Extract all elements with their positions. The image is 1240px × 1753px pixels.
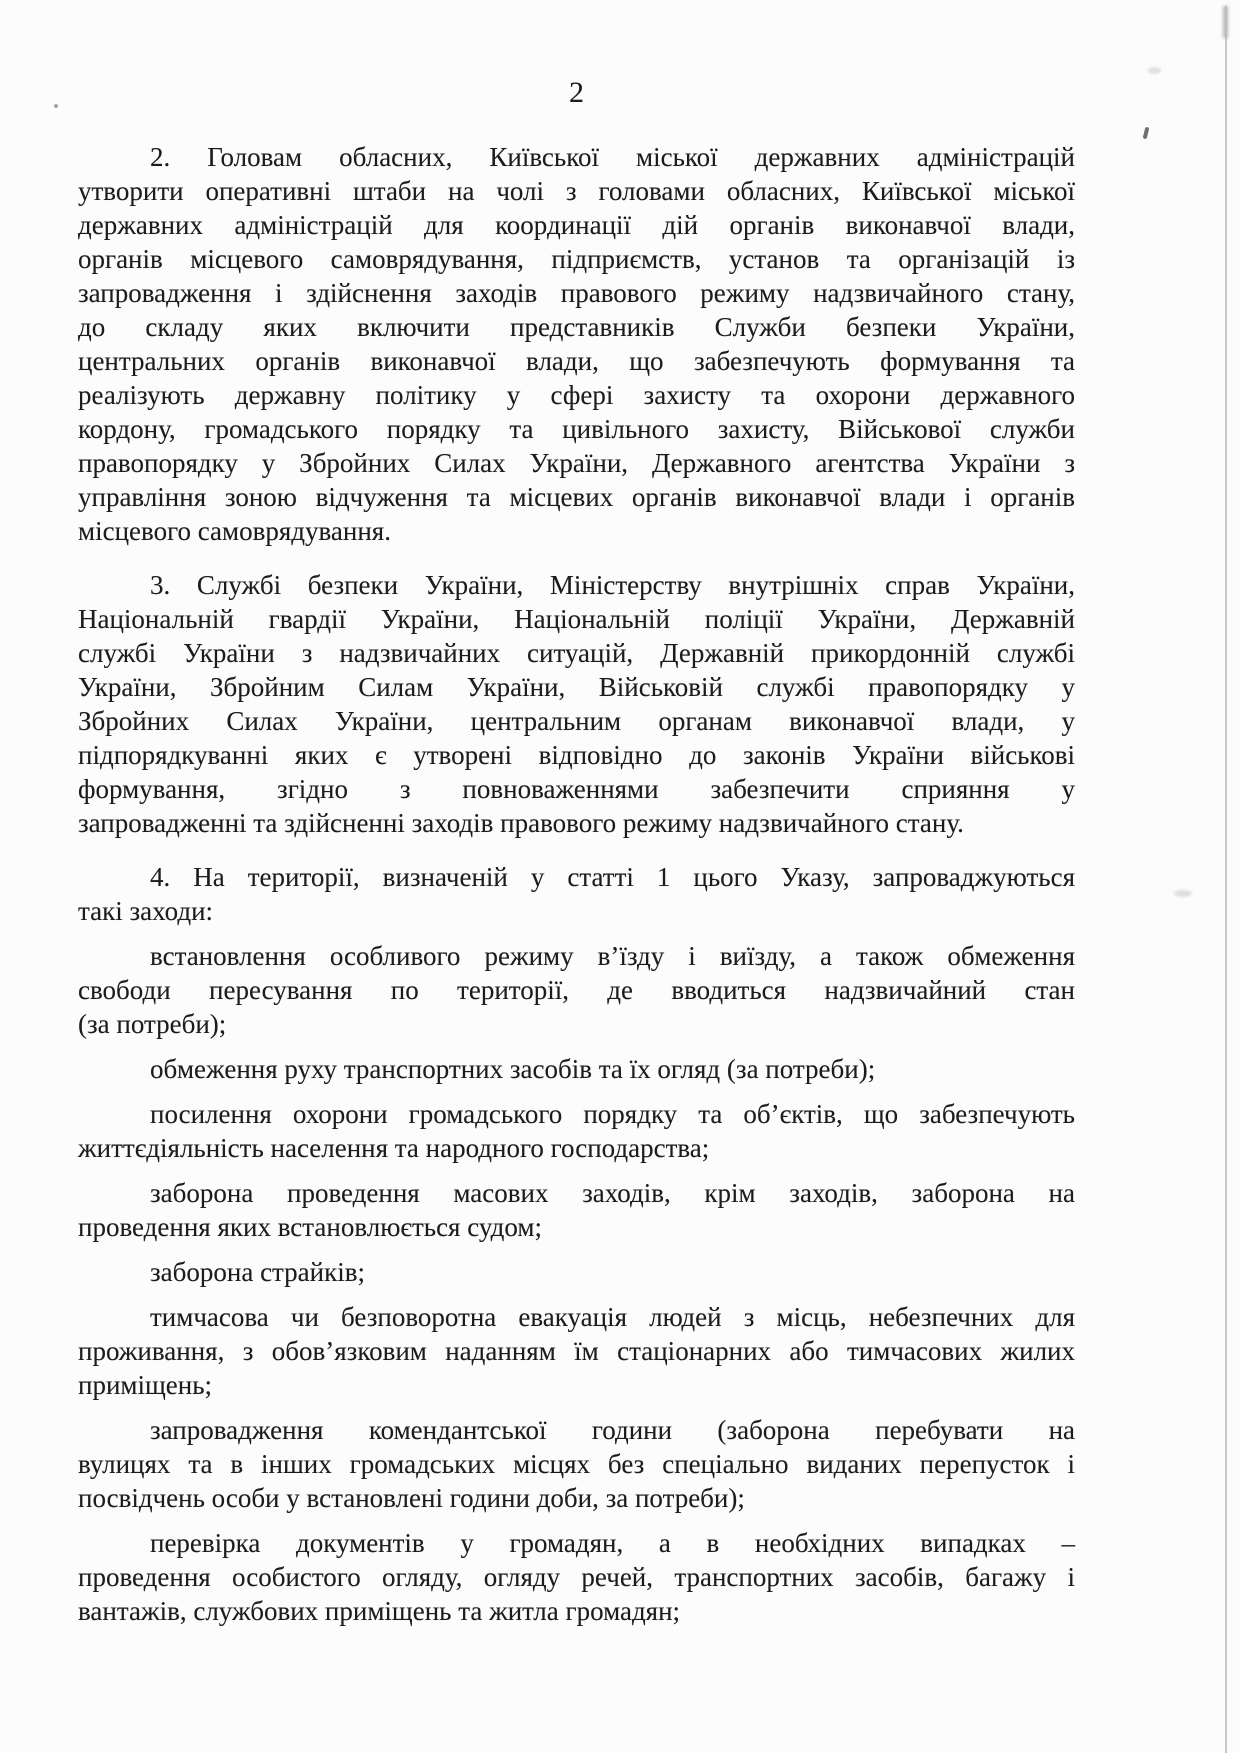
measure-document-checks: перевірка документів у громадян, а в нео…	[78, 1526, 1075, 1628]
paragraph-3-line-4: України, Збройним Силам України, Військо…	[78, 670, 1075, 704]
measure-evacuation: тимчасова чи безповоротна евакуація люде…	[78, 1300, 1075, 1402]
page-number: 2	[78, 76, 1075, 110]
measure-document-checks-line-2: проведення особистого огляду, огляду реч…	[78, 1560, 1075, 1594]
paragraph-3-line-5: Збройних Силах України, центральним орга…	[78, 704, 1075, 738]
scan-smudge-mid-right	[1174, 890, 1192, 897]
measure-public-order-protection: посилення охорони громадського порядку т…	[78, 1097, 1075, 1165]
measure-mass-events-ban: заборона проведення масових заходів, крі…	[78, 1176, 1075, 1244]
document-body: 2. Головам обласних, Київської міської д…	[78, 140, 1075, 1628]
measure-evacuation-line-1: тимчасова чи безповоротна евакуація люде…	[78, 1300, 1075, 1334]
scan-speck-right-margin	[1143, 127, 1150, 140]
paragraph-4-line-2: такі заходи:	[78, 894, 1075, 928]
measure-curfew-line-2: вулицях та в інших громадських місцях бе…	[78, 1447, 1075, 1481]
measure-mass-events-ban-line-1: заборона проведення масових заходів, крі…	[78, 1176, 1075, 1210]
scanner-edge-line-artifact	[1225, 6, 1227, 1753]
paragraph-3-line-6: підпорядкуванні яких є утворені відповід…	[78, 738, 1075, 772]
measure-evacuation-line-2: проживання, з обов’язковим наданням їм с…	[78, 1334, 1075, 1368]
paragraph-2-line-11: управління зоною відчуження та місцевих …	[78, 480, 1075, 514]
measure-public-order-protection-line-1: посилення охорони громадського порядку т…	[78, 1097, 1075, 1131]
paragraph-2-line-7: центральних органів виконавчої влади, що…	[78, 344, 1075, 378]
paragraph-3-line-8: запровадженні та здійсненні заходів прав…	[78, 806, 1075, 840]
measure-entry-exit-regime-line-2: свободи пересування по території, де вво…	[78, 973, 1075, 1007]
measure-document-checks-line-3: вантажів, службових приміщень та житла г…	[78, 1594, 1075, 1628]
paragraph-2-line-12: місцевого самоврядування.	[78, 514, 1075, 548]
paragraph-2-line-9: кордону, громадського порядку та цивільн…	[78, 412, 1075, 446]
paragraph-2-line-2: утворити оперативні штаби на чолі з голо…	[78, 174, 1075, 208]
paragraph-2-line-4: органів місцевого самоврядування, підпри…	[78, 242, 1075, 276]
paragraph-4: 4. На території, визначеній у статті 1 ц…	[78, 860, 1075, 928]
measure-strikes-ban-line-1: заборона страйків;	[78, 1255, 1075, 1289]
measure-curfew-line-3: посвідчень особи у встановлені години до…	[78, 1481, 1075, 1515]
scan-speck-left-margin	[54, 104, 58, 108]
measure-curfew-line-1: запровадження комендантської години (заб…	[78, 1413, 1075, 1447]
measure-entry-exit-regime: встановлення особливого режиму в’їзду і …	[78, 939, 1075, 1041]
scan-smudge-top-right	[1148, 67, 1161, 74]
paragraph-3-line-2: Національній гвардії України, Національн…	[78, 602, 1075, 636]
paragraph-2-line-5: запровадження і здійснення заходів право…	[78, 276, 1075, 310]
paragraph-2-line-3: державних адміністрацій для координації …	[78, 208, 1075, 242]
paragraph-2-line-10: правопорядку у Збройних Силах України, Д…	[78, 446, 1075, 480]
paragraph-2-line-8: реалізують державну політику у сфері зах…	[78, 378, 1075, 412]
measure-strikes-ban: заборона страйків;	[78, 1255, 1075, 1289]
paragraph-3: 3. Службі безпеки України, Міністерству …	[78, 568, 1075, 840]
measure-public-order-protection-line-2: життєдіяльність населення та народного г…	[78, 1131, 1075, 1165]
paragraph-3-line-1: 3. Службі безпеки України, Міністерству …	[78, 568, 1075, 602]
paragraph-3-line-7: формування, згідно з повноваженнями забе…	[78, 772, 1075, 806]
paragraph-3-line-3: службі України з надзвичайних ситуацій, …	[78, 636, 1075, 670]
paragraph-4-line-1: 4. На території, визначеній у статті 1 ц…	[78, 860, 1075, 894]
paragraph-2: 2. Головам обласних, Київської міської д…	[78, 140, 1075, 548]
measure-evacuation-line-3: приміщень;	[78, 1368, 1075, 1402]
scanned-document-page: 2 2. Головам обласних, Київської міської…	[0, 0, 1240, 1753]
measure-transport-restriction-line-1: обмеження руху транспортних засобів та ї…	[78, 1052, 1075, 1086]
measure-entry-exit-regime-line-1: встановлення особливого режиму в’їзду і …	[78, 939, 1075, 973]
paragraph-2-line-6: до складу яких включити представників Сл…	[78, 310, 1075, 344]
measure-curfew: запровадження комендантської години (заб…	[78, 1413, 1075, 1515]
measure-transport-restriction: обмеження руху транспортних засобів та ї…	[78, 1052, 1075, 1086]
measure-entry-exit-regime-line-3: (за потреби);	[78, 1007, 1075, 1041]
measure-mass-events-ban-line-2: проведення яких встановлюється судом;	[78, 1210, 1075, 1244]
measure-document-checks-line-1: перевірка документів у громадян, а в нео…	[78, 1526, 1075, 1560]
paragraph-2-line-1: 2. Головам обласних, Київської міської д…	[78, 140, 1075, 174]
